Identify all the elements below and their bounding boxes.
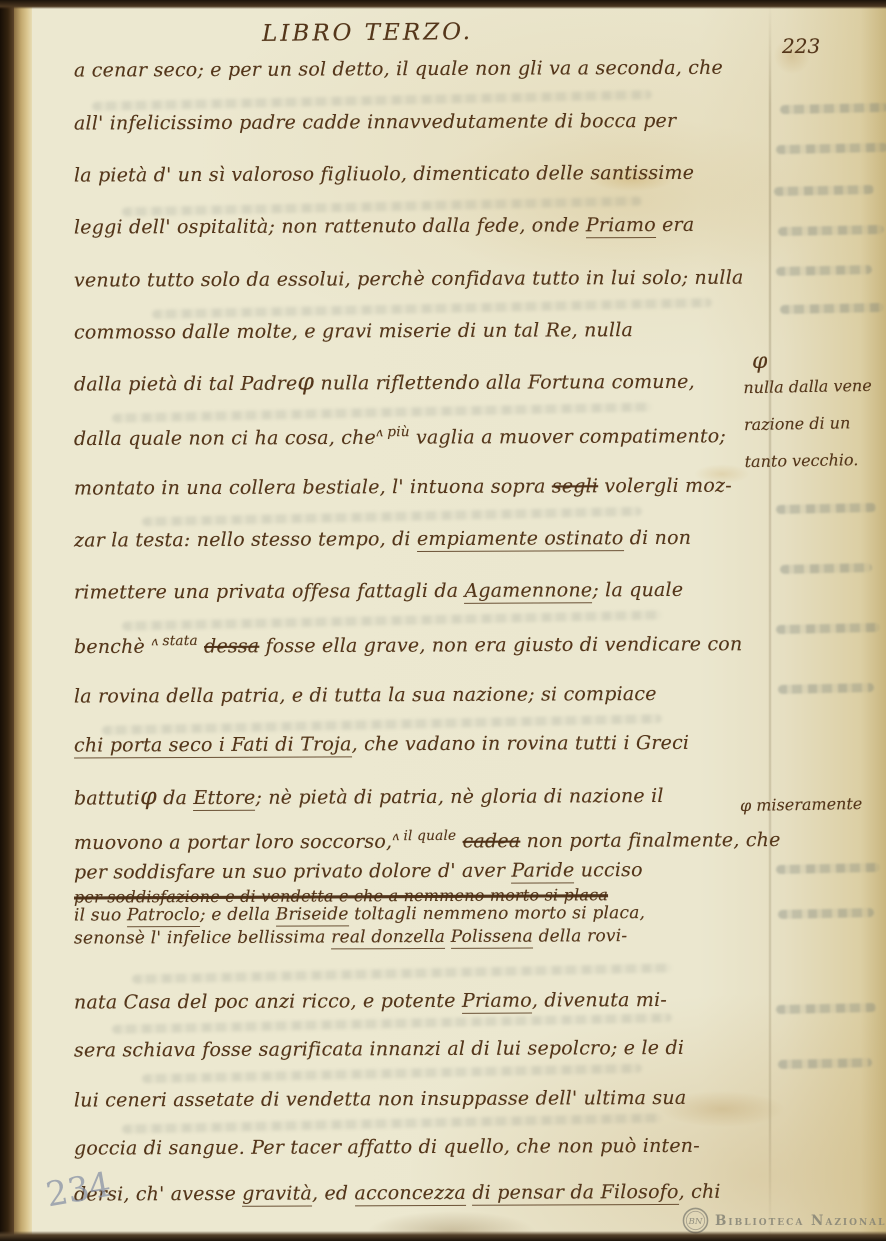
- manuscript-line: leggi dell' ospitalità; non rattenuto da…: [74, 213, 780, 238]
- manuscript-page: LIBRO TERZO. 223 a cenar seco; e per un …: [32, 4, 886, 1237]
- manuscript-line: all' infelicissimo padre cadde innavvedu…: [74, 109, 780, 134]
- manuscript-text: nulla riflettendo alla Fortuna comune,: [314, 371, 695, 395]
- manuscript-text: ucciso: [574, 859, 642, 881]
- manuscript-text: fosse ella grave, non era giusto di vend…: [259, 633, 742, 657]
- manuscript-text: commosso dalle molte, e gravi miserie di…: [74, 319, 633, 343]
- manuscript-line: dalla pietà di tal Padreφ nulla riflette…: [74, 370, 780, 395]
- underlined-text: gravità: [242, 1183, 312, 1207]
- manuscript-scan: LIBRO TERZO. 223 a cenar seco; e per un …: [0, 0, 886, 1241]
- manuscript-line: montato in una collera bestiale, l' intu…: [74, 474, 780, 499]
- manuscript-line: chi porta seco i Fati di Troja, che vada…: [74, 731, 780, 756]
- book-binding-edge: [0, 0, 14, 1241]
- manuscript-line: lui ceneri assetate di vendetta non insu…: [74, 1086, 780, 1111]
- manuscript-text: a cenar seco; e per un sol detto, il qua…: [74, 57, 723, 82]
- struck-text: dessa: [204, 635, 259, 657]
- manuscript-text: [445, 927, 451, 947]
- manuscript-line: rimettere una privata offesa fattagli da…: [74, 578, 780, 603]
- manuscript-line: venuto tutto solo da essolui, perchè con…: [74, 266, 780, 291]
- manuscript-line: muovono a portar loro soccorso,il quale …: [74, 826, 780, 854]
- underlined-text: Agamennone: [464, 579, 592, 604]
- manuscript-text: , ed: [312, 1182, 355, 1204]
- manuscript-text: montato in una collera bestiale, l' intu…: [74, 475, 552, 499]
- underlined-text: Ettore: [193, 787, 255, 811]
- manuscript-text: , divenuta mi-: [532, 989, 667, 1012]
- manuscript-line: benchè stata dessa fosse ella grave, non…: [74, 630, 780, 658]
- manuscript-line: battutiφ da Ettore; nè pietà di patria, …: [74, 784, 780, 809]
- svg-text:BN: BN: [688, 1217, 703, 1227]
- underlined-text: Paride: [511, 859, 574, 883]
- manuscript-text: , chi: [679, 1181, 721, 1203]
- manuscript-line: goccia di sangue. Per tacer affatto di q…: [74, 1134, 780, 1159]
- manuscript-text: dalla pietà di tal Padre: [74, 373, 298, 396]
- manuscript-line: a cenar seco; e per un sol detto, il qua…: [74, 56, 780, 81]
- manuscript-text: lui ceneri assetate di vendetta non insu…: [74, 1087, 686, 1112]
- manuscript-text: era: [656, 214, 695, 236]
- manuscript-line: zar la testa: nello stesso tempo, di emp…: [74, 526, 780, 551]
- manuscript-text: la rovina della patria, e di tutta la su…: [74, 683, 657, 708]
- manuscript-line: la rovina della patria, e di tutta la su…: [74, 682, 780, 707]
- manuscript-line: dersi, ch' avesse gravità, ed acconcezza…: [74, 1180, 780, 1205]
- manuscript-text: benchè: [74, 636, 151, 658]
- library-stamp: BN Biblioteca Nazionale di Napoli: [682, 1207, 886, 1234]
- margin-note-veneration: nulla dalla vene razione di un tanto vec…: [743, 367, 873, 480]
- manuscript-line: senonsè l' infelice bellissima real donz…: [74, 925, 780, 948]
- manuscript-line: sera schiava fosse sagrificata innanzi a…: [74, 1036, 780, 1061]
- library-stamp-label: Biblioteca Nazionale di Napoli: [715, 1213, 886, 1229]
- underlined-text: Priamo: [462, 990, 532, 1014]
- underlined-text: real donzella: [331, 927, 445, 949]
- scan-bottom-edge: [0, 1231, 886, 1241]
- manuscript-text: la pietà d' un sì valoroso figliuolo, di…: [74, 162, 694, 187]
- insertion-mark-icon: φ: [140, 782, 157, 810]
- manuscript-text: all' infelicissimo padre cadde innavvedu…: [74, 110, 676, 135]
- manuscript-text: zar la testa: nello stesso tempo, di: [74, 528, 417, 551]
- manuscript-text: per soddisfare un suo privato dolore d' …: [74, 860, 512, 884]
- manuscript-line: dalla quale non ci ha cosa, chepiù vagli…: [74, 422, 780, 450]
- manuscript-text: il suo: [74, 905, 127, 925]
- page-title: LIBRO TERZO.: [262, 19, 473, 47]
- foliation-number: 234: [43, 1165, 114, 1216]
- underlined-text: Polissena: [451, 927, 533, 949]
- manuscript-text: ; nè pietà di patria, nè gloria di nazio…: [255, 785, 663, 809]
- insertion-mark-icon: φ: [297, 367, 314, 395]
- page-fold-line: [769, 4, 771, 1241]
- manuscript-text: non porta finalmente, che: [520, 829, 780, 852]
- underlined-text: acconcezza: [354, 1182, 466, 1206]
- manuscript-line: per soddisfare un suo privato dolore d' …: [74, 858, 780, 883]
- struck-text: cadea: [463, 830, 521, 852]
- page-number: 223: [782, 34, 820, 58]
- manuscript-text: ; la quale: [592, 579, 683, 601]
- manuscript-text: battuti: [74, 787, 140, 809]
- margin-note-miseramente: φ miseramente: [740, 785, 863, 824]
- page-gutter-edge: [14, 0, 32, 1241]
- manuscript-text: muovono a portar loro soccorso,: [74, 831, 392, 854]
- manuscript-line: commosso dalle molte, e gravi miserie di…: [74, 318, 780, 343]
- manuscript-text: , che vadano in rovina tutti i Greci: [352, 732, 690, 755]
- underlined-text: Briseide: [276, 904, 349, 926]
- interlinear-insertion: più: [376, 424, 410, 440]
- underlined-text: Priamo: [586, 214, 656, 238]
- scan-top-edge: [0, 0, 886, 9]
- interlinear-insertion: il quale: [392, 828, 456, 844]
- manuscript-text: volergli moz-: [598, 475, 732, 498]
- underlined-text: di pensar da Filosofo: [472, 1181, 678, 1206]
- interlinear-insertion: stata: [151, 633, 198, 649]
- manuscript-line: la pietà d' un sì valoroso figliuolo, di…: [74, 161, 780, 186]
- manuscript-text: senonsè l' infelice bellissima: [74, 927, 331, 948]
- manuscript-text: da: [157, 787, 193, 809]
- manuscript-line: il suo Patroclo; e della Briseide toltag…: [74, 902, 780, 925]
- manuscript-text: ; e della: [200, 905, 276, 925]
- underlined-text: Patroclo: [127, 905, 200, 927]
- manuscript-text: sera schiava fosse sagrificata innanzi a…: [74, 1037, 684, 1062]
- underlined-text: chi porta seco i Fati di Troja: [74, 733, 352, 758]
- manuscript-text: nata Casa del poc anzi ricco, e potente: [74, 990, 462, 1014]
- struck-text: segli: [552, 475, 598, 497]
- manuscript-text: di non: [623, 527, 691, 549]
- manuscript-text: toltagli nemmeno morto si placa,: [349, 903, 646, 924]
- bn-monogram-seal-icon: BN: [682, 1207, 709, 1234]
- manuscript-text: goccia di sangue. Per tacer affatto di q…: [74, 1135, 700, 1160]
- manuscript-text: dalla quale non ci ha cosa, che: [74, 427, 376, 450]
- manuscript-text: venuto tutto solo da essolui, perchè con…: [74, 267, 744, 292]
- manuscript-text: vaglia a muover compatimento;: [410, 425, 726, 448]
- manuscript-line: nata Casa del poc anzi ricco, e potente …: [74, 988, 780, 1013]
- manuscript-text: leggi dell' ospitalità; non rattenuto da…: [74, 214, 586, 238]
- manuscript-text: rimettere una privata offesa fattagli da: [74, 580, 465, 604]
- underlined-text: empiamente ostinato: [417, 527, 624, 552]
- manuscript-text: della rovi-: [533, 926, 627, 946]
